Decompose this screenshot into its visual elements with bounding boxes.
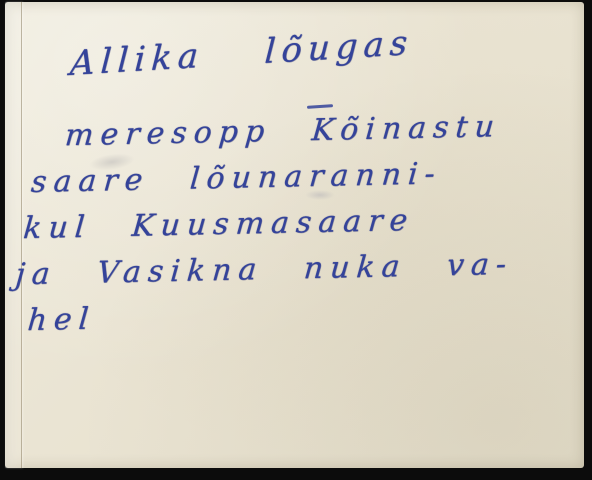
note-paper: Allika lõugas meresopp Kõinastu saare lõ… <box>5 2 584 468</box>
note-title: Allika lõugas <box>69 23 414 84</box>
note-body: meresopp Kõinastu saare lõunaranni- kul … <box>10 104 527 345</box>
scanned-card: Allika lõugas meresopp Kõinastu saare lõ… <box>0 0 592 480</box>
note-line: meresopp Kõinastu <box>63 104 526 160</box>
